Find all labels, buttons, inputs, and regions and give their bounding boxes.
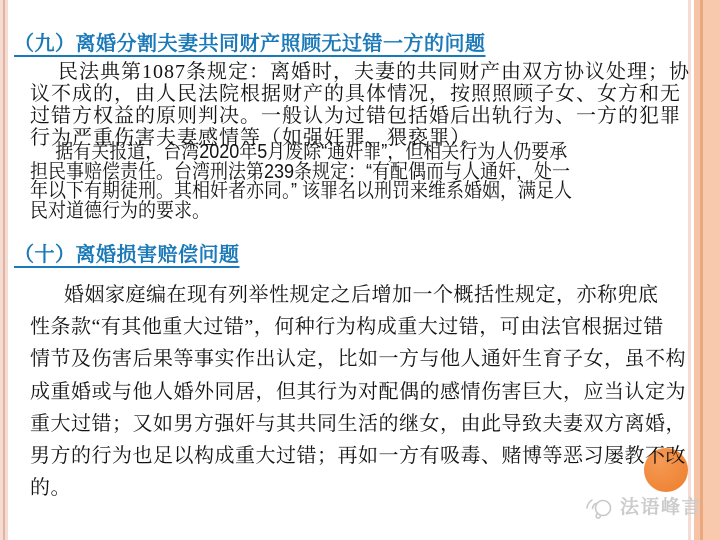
section-9-heading: （九）离婚分割夫妻共同财产照顾无过错一方的问题 <box>14 31 486 57</box>
taiwan-adultery-report-paragraph: 据有关报道，台湾2020年5月废除“通奸罪”，但相关行为人仍要承 担民事赔偿责任… <box>30 143 692 221</box>
presentation-slide: （九）离婚分割夫妻共同财产照顾无过错一方的问题 民法典第1087条规定：离婚时，… <box>0 0 720 540</box>
divorce-damages-paragraph: 婚姻家庭编在现有列举性规定之后增加一个概括性规定，亦称兜底 性条款“有其他重大过… <box>30 279 698 504</box>
section-10-heading: （十）离婚损害赔偿问题 <box>14 242 240 268</box>
watermark-label: 法语峰言 <box>620 498 702 517</box>
watermark: 法语峰言 <box>583 491 702 523</box>
civil-code-1087-paragraph: 民法典第1087条规定：离婚时，夫妻的共同财产由双方协议处理；协 议不成的，由人… <box>30 61 698 149</box>
megaphone-icon <box>583 491 615 523</box>
left-border-decoration <box>0 0 8 540</box>
